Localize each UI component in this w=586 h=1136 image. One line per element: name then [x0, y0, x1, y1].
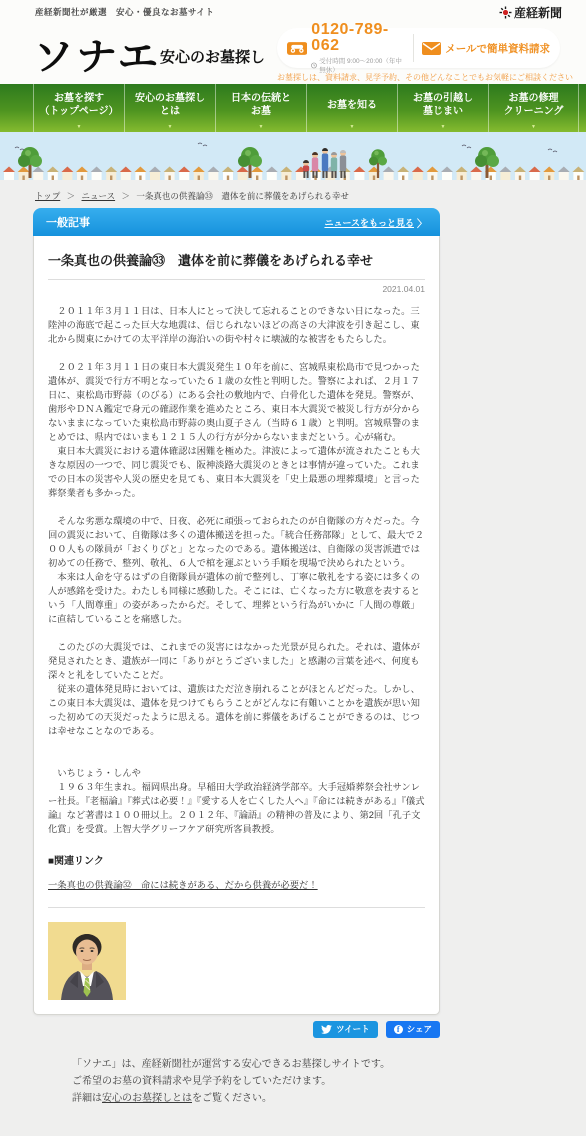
sankei-shimbun-logo[interactable]: 産経新聞 [499, 4, 562, 21]
article-title: 一条真也の供養論㉝ 遺体を前に葬儀をあげられる幸せ [48, 252, 425, 270]
related-divider [48, 907, 425, 908]
nav-item-3[interactable]: 日本の伝統とお墓▼ [215, 84, 306, 132]
facebook-share-button[interactable]: f シェア [386, 1021, 440, 1038]
twitter-bird-icon [321, 1025, 332, 1034]
breadcrumb-current: 一条真也の供養論㉝ 遺体を前に葬儀をあげられる幸せ [136, 191, 349, 201]
more-news-link[interactable]: ニュースをもっと見る 〉 [324, 215, 427, 230]
author-photo [48, 922, 126, 1000]
contact-pill: 0120-789-062 受付時間 9:00～20:00（年中無休） メールで簡… [277, 28, 560, 68]
article-paragraph: ２０２１年３月１１日の東日本大震災発生１０年を前に、宮城県東松島市で見つかった遺… [48, 360, 427, 444]
chevron-down-icon: ▼ [350, 124, 355, 131]
paragraph-group-3: そんな劣悪な環境の中で、日夜、必死に頑張っておられたのが自衛隊の方々だった。今回… [48, 514, 427, 626]
article-card: 一般記事 ニュースをもっと見る 〉 一条真也の供養論㉝ 遺体を前に葬儀をあげられ… [33, 208, 440, 1015]
article-paragraph: 本来は人命を守るはずの自衛隊員が遺体の前で整列し、丁寧に敬礼をする姿には多くの人… [48, 570, 427, 626]
freedial-phone-icon [287, 41, 307, 56]
sonae-logo[interactable]: ソナエ [33, 26, 160, 80]
footer-line-2: ご希望のお墓の資料請求や見学予約をしていただけます。 [72, 1073, 586, 1090]
breadcrumb: トップ ＞ ニュース ＞ 一条真也の供養論㉝ 遺体を前に葬儀をあげられる幸せ [0, 180, 586, 208]
paragraph-group-1: ２０１１年３月１１日は、日本人にとって決して忘れることのできない日になった。三陸… [48, 304, 427, 346]
footer-line-3: 詳細は安心のお墓探しとはをご覧ください。 [72, 1090, 586, 1107]
article-paragraph: １９６３年生まれ。福岡県出身。早稲田大学政治経済学部卒。大手冠婚葬祭会社サンレー… [48, 780, 427, 836]
article-date: 2021.04.01 [48, 284, 425, 294]
site-header: 産経新聞社が厳選 安心・優良なお墓サイト 産経新聞 ソナエ 安心のお墓探し [0, 0, 586, 84]
paragraph-group-2: ２０２１年３月１１日の東日本大震災発生１０年を前に、宮城県東松島市で見つかった遺… [48, 360, 427, 500]
nav-item-6[interactable]: お墓の修理クリーニング▼ [488, 84, 579, 132]
breadcrumb-link-top[interactable]: トップ [35, 191, 60, 201]
breadcrumb-separator: ＞ [121, 191, 130, 201]
article-paragraph: ２０１１年３月１１日は、日本人にとって決して忘れることのできない日になった。三陸… [48, 304, 427, 346]
category-label: 一般記事 [46, 214, 90, 230]
article-paragraph: いちじょう・しんや [48, 766, 427, 780]
nav-item-4[interactable]: お墓を知る▼ [306, 84, 397, 132]
sonae-logo-subtitle: 安心のお墓探し [160, 46, 265, 67]
article-paragraph: このたびの大震災では、これまでの災害にはなかった光景が見られた。それは、遺体が発… [48, 640, 427, 682]
footer-about-link[interactable]: 安心のお墓探しとは [102, 1093, 192, 1104]
nav-item-1[interactable]: お墓を探す（トップページ）▼ [33, 84, 124, 132]
nav-item-5[interactable]: お墓の引越し墓じまい▼ [397, 84, 488, 132]
share-row: ツイート f シェア [33, 1021, 440, 1038]
phone-number: 0120-789-062 [311, 22, 405, 54]
breadcrumb-link-news[interactable]: ニュース [82, 191, 116, 201]
tweet-button-label: ツイート [336, 1023, 370, 1035]
article-body: ２０１１年３月１１日は、日本人にとって決して忘れることのできない日になった。三陸… [48, 304, 427, 836]
nav-item-2[interactable]: 安心のお墓探しとは▼ [124, 84, 215, 132]
related-article-link[interactable]: 一条真也の供養論㉜ 命には続きがある、だから供養が必要だ！ [48, 877, 318, 891]
mail-button-label: メールで簡単資料請求 [445, 41, 550, 56]
facebook-button-label: シェア [407, 1023, 432, 1035]
site-footer: 「ソナエ」は、産経新聞社が運営する安心できるお墓探しサイトです。 ご希望のお墓の… [0, 1056, 586, 1107]
mail-request-button[interactable]: メールで簡単資料請求 [422, 41, 550, 56]
chevron-down-icon: ▼ [441, 124, 446, 131]
title-divider [48, 279, 425, 280]
main-nav: お墓を探す（トップページ）▼安心のお墓探しとは▼日本の伝統とお墓▼お墓を知る▼お… [0, 84, 586, 132]
facebook-icon: f [394, 1025, 403, 1034]
site-tagline: 産経新聞社が厳選 安心・優良なお墓サイト [35, 6, 214, 18]
breadcrumb-separator: ＞ [67, 191, 76, 201]
town-illustration-banner [0, 132, 586, 180]
mail-icon [422, 42, 441, 55]
sankei-sun-icon [499, 6, 512, 19]
related-links-heading: ■関連リンク [48, 852, 425, 867]
chevron-down-icon: ▼ [531, 124, 536, 131]
paragraph-group-4: このたびの大震災では、これまでの災害にはなかった光景が見られた。それは、遺体が発… [48, 640, 427, 738]
phone-block[interactable]: 0120-789-062 受付時間 9:00～20:00（年中無休） [287, 22, 405, 74]
article-paragraph: そんな劣悪な環境の中で、日夜、必死に頑張っておられたのが自衛隊の方々だった。今回… [48, 514, 427, 570]
chevron-down-icon: ▼ [77, 124, 82, 131]
article-paragraph: 従来の遺体発見時においては、遺族はただ泣き崩れることがほとんどだった。しかし、こ… [48, 682, 427, 738]
contact-note: お墓探しは、資料請求、見学予約、その他どんなことでもお気軽にご相談ください [277, 72, 577, 83]
chevron-down-icon: ▼ [168, 124, 173, 131]
footer-line-1: 「ソナエ」は、産経新聞社が運営する安心できるお墓探しサイトです。 [72, 1056, 586, 1073]
article-category-bar: 一般記事 ニュースをもっと見る 〉 [33, 208, 440, 236]
article-card-body: 一条真也の供養論㉝ 遺体を前に葬儀をあげられる幸せ 2021.04.01 ２０１… [33, 236, 440, 1015]
pill-divider [413, 34, 414, 62]
paragraph-group-5: いちじょう・しんや １９６３年生まれ。福岡県出身。早稲田大学政治経済学部卒。大手… [48, 766, 427, 836]
article-paragraph: 東日本大震災における遺体確認は困難を極めた。津波によって遺体が流されたことも大き… [48, 444, 427, 500]
tweet-button[interactable]: ツイート [313, 1021, 378, 1038]
clock-icon [311, 62, 317, 69]
chevron-down-icon: ▼ [259, 124, 264, 131]
chevron-right-icon: 〉 [417, 215, 427, 230]
sankei-logo-text: 産経新聞 [514, 4, 562, 21]
